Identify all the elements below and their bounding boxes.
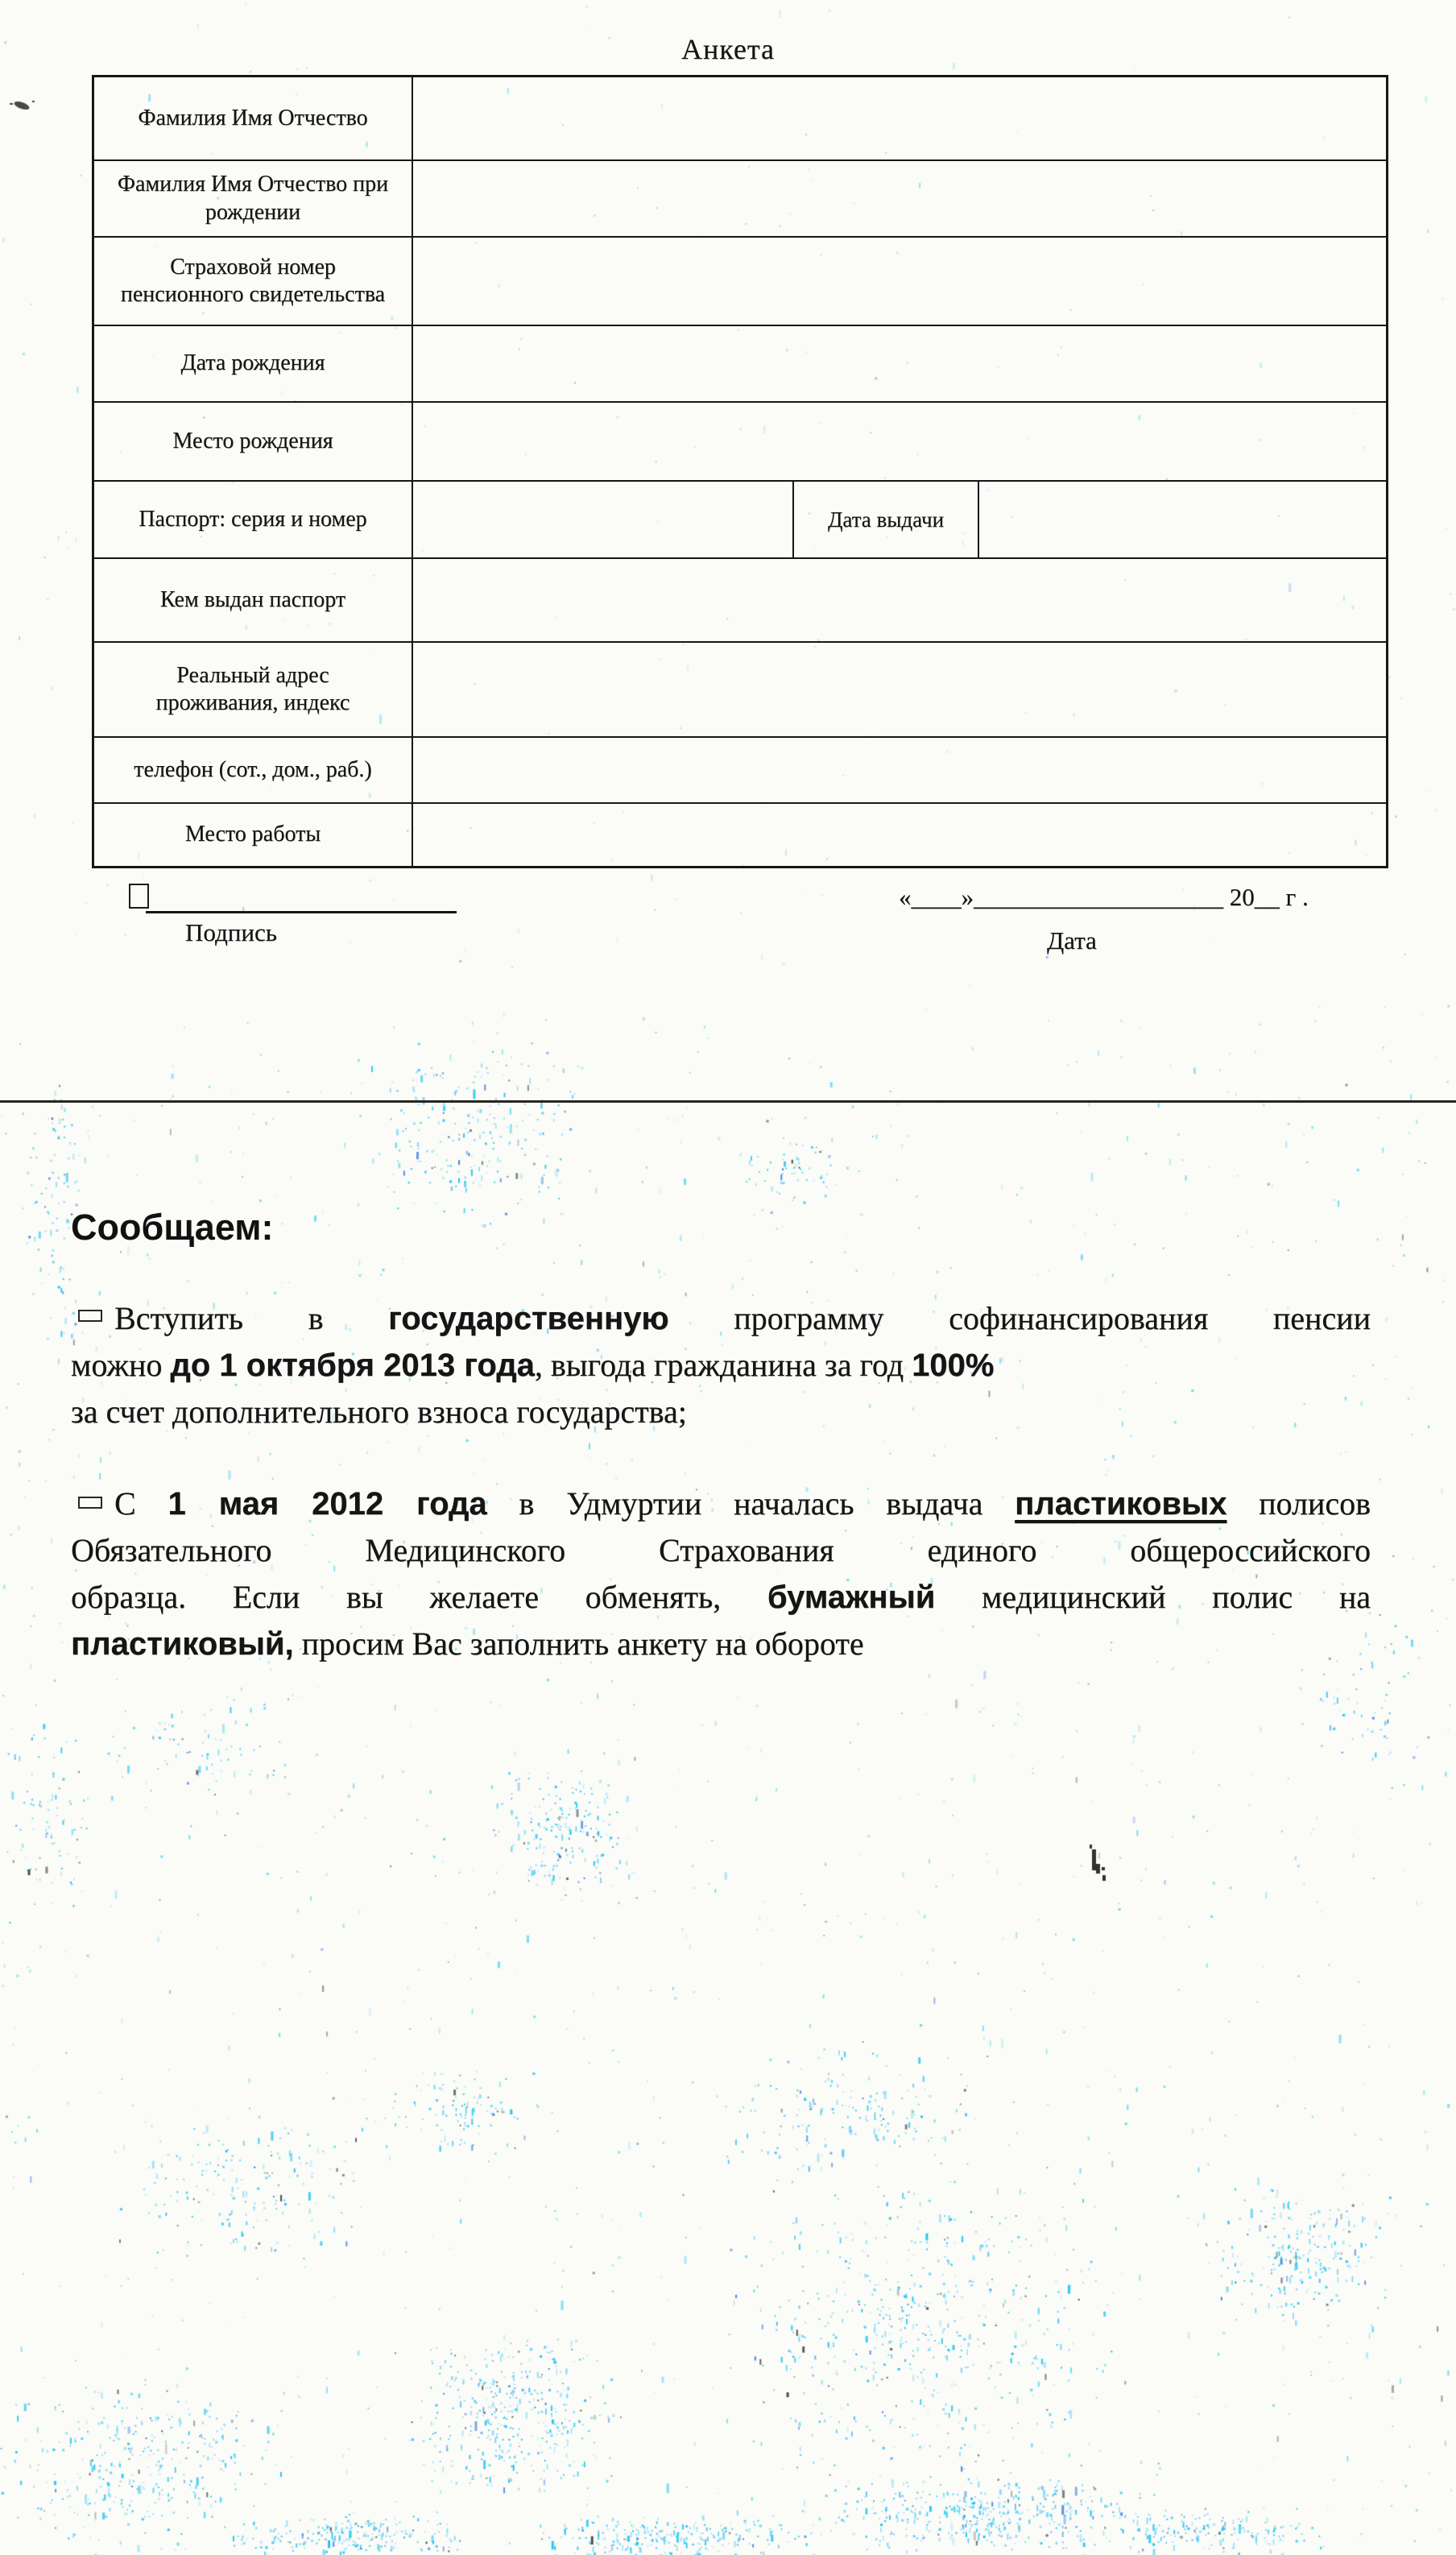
row-label: Место рождения	[94, 403, 413, 480]
row-value-cell	[413, 804, 1386, 866]
issue-date-value-cell	[979, 482, 1386, 557]
row-value-cell	[413, 643, 1386, 736]
notice-line: за счет дополнительного взноса государст…	[71, 1389, 1371, 1435]
row-label: Фамилия Имя Отчество при рождении	[94, 161, 413, 236]
date-label: Дата	[1047, 926, 1097, 955]
table-row-address: Реальный адрес проживания, индекс	[94, 641, 1386, 736]
questionnaire-table: Фамилия Имя Отчество Фамилия Имя Отчеств…	[92, 75, 1388, 868]
signature-label: Подпись	[185, 918, 277, 947]
table-row-snils: Страховой номер пенсионного свидетельств…	[94, 236, 1386, 325]
row-value-cell	[413, 77, 1386, 159]
table-row-phone: телефон (сот., дом., раб.)	[94, 736, 1386, 802]
notice-line: образца. Если вы желаете обменять, бумаж…	[71, 1574, 1371, 1621]
row-value-cell	[413, 738, 1386, 802]
row-label: Кем выдан паспорт	[94, 559, 413, 641]
row-value-cell	[413, 238, 1386, 325]
row-value-cell	[413, 559, 1386, 641]
bullet-rect-icon	[78, 1310, 102, 1322]
notice-line: пластиковый, просим Вас заполнить анкету…	[71, 1621, 1371, 1667]
table-row-birth-name: Фамилия Имя Отчество при рождении	[94, 159, 1386, 236]
notice-line: можно до 1 октября 2013 года, выгода гра…	[71, 1342, 1371, 1389]
notice-line: Обязательного Медицинского Страхования е…	[71, 1527, 1371, 1574]
table-row-passport: Паспорт: серия и номер Дата выдачи	[94, 480, 1386, 557]
form-title: Анкета	[0, 32, 1456, 66]
row-label: Дата рождения	[94, 326, 413, 401]
scanned-questionnaire-page: Анкета Фамилия Имя Отчество Фамилия Имя …	[0, 0, 1456, 2555]
date-line: «____»____________________ 20__ г .	[899, 883, 1309, 912]
row-label: Паспорт: серия и номер	[94, 482, 413, 557]
row-label: Реальный адрес проживания, индекс	[94, 643, 413, 736]
section-divider-line	[0, 1100, 1456, 1103]
row-label: Место работы	[94, 804, 413, 866]
row-value-cell	[413, 326, 1386, 401]
notice-line: С 1 мая 2012 года в Удмуртии началась вы…	[71, 1480, 1371, 1527]
signature-line	[146, 886, 457, 913]
table-row-birth-date: Дата рождения	[94, 325, 1386, 401]
table-row-passport-issuer: Кем выдан паспорт	[94, 557, 1386, 641]
table-row-workplace: Место работы	[94, 802, 1386, 866]
notice-line: Вступить в государственную программу соф…	[71, 1295, 1371, 1342]
issue-date-label-cell: Дата выдачи	[794, 482, 979, 557]
notice-item-pension: Вступить в государственную программу соф…	[71, 1295, 1371, 1435]
row-value-cell	[413, 161, 1386, 236]
bullet-rect-icon	[78, 1497, 102, 1509]
row-value-cell	[413, 403, 1386, 480]
row-label: телефон (сот., дом., раб.)	[94, 738, 413, 802]
row-label: Фамилия Имя Отчество	[94, 77, 413, 159]
table-row-birth-place: Место рождения	[94, 401, 1386, 480]
table-row-full-name: Фамилия Имя Отчество	[94, 77, 1386, 159]
notice-heading: Сообщаем:	[71, 1207, 274, 1249]
passport-number-cell	[413, 482, 794, 557]
notice-item-med-policy: С 1 мая 2012 года в Удмуртии началась вы…	[71, 1480, 1371, 1667]
row-label: Страховой номер пенсионного свидетельств…	[94, 238, 413, 325]
